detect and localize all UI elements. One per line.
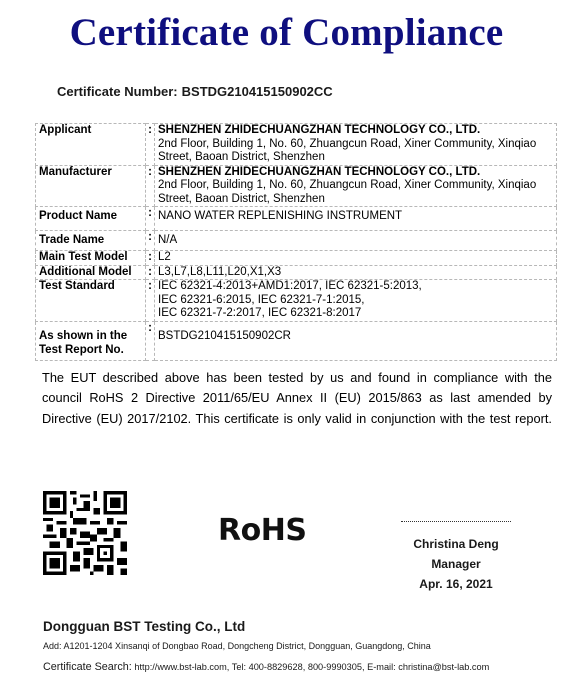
trade-name-value: N/A [155, 231, 557, 251]
test-report-value: BSTDG210415150902CR [155, 322, 557, 361]
table-row-test-report: As shown in the Test Report No. : BSTDG2… [36, 322, 557, 361]
signatory-name: Christina Deng [380, 534, 532, 554]
manufacturer-company: SHENZHEN ZHIDECHUANGZHAN TECHNOLOGY CO.,… [158, 166, 553, 180]
test-standard-line: IEC 62321-4:2013+AMD1:2017, IEC 62321-5:… [158, 280, 553, 294]
test-report-label-line1: As shown in the [39, 330, 142, 344]
applicant-company: SHENZHEN ZHIDECHUANGZHAN TECHNOLOGY CO.,… [158, 124, 553, 138]
issuer-contact: http://www.bst-lab.com, Tel: 400-8829628… [134, 662, 489, 672]
certificate-number-label: Certificate Number: [57, 84, 178, 99]
table-row-product-name: Product Name : NANO WATER REPLENISHING I… [36, 207, 557, 231]
table-row-applicant: Applicant : SHENZHEN ZHIDECHUANGZHAN TEC… [36, 124, 557, 166]
rohs-mark: RoHS [218, 513, 306, 548]
issuer-company: Dongguan BST Testing Co., Ltd [43, 619, 245, 634]
separator: : [146, 124, 155, 166]
test-report-label-line2: Test Report No. [39, 344, 142, 358]
compliance-statement: The EUT described above has been tested … [42, 368, 552, 429]
table-row-additional-model: Additional Model : L3,L7,L8,L11,L20,X1,X… [36, 265, 557, 280]
test-standard-line: IEC 62321-7-2:2017, IEC 62321-8:2017 [158, 307, 553, 321]
qr-code-icon [43, 491, 127, 575]
trade-name-label: Trade Name [36, 231, 146, 251]
separator: : [146, 231, 155, 251]
main-test-model-label: Main Test Model [36, 251, 146, 266]
additional-model-label: Additional Model [36, 265, 146, 280]
manufacturer-address-line1: 2nd Floor, Building 1, No. 60, Zhuangcun… [158, 179, 553, 193]
certificate-search-label: Certificate Search: [43, 661, 132, 673]
applicant-address-line1: 2nd Floor, Building 1, No. 60, Zhuangcun… [158, 138, 553, 152]
product-name-value: NANO WATER REPLENISHING INSTRUMENT [155, 207, 557, 231]
certificate-search: Certificate Search: http://www.bst-lab.c… [43, 661, 489, 673]
certificate-number: Certificate Number:BSTDG210415150902CC [57, 84, 333, 99]
table-row-trade-name: Trade Name : N/A [36, 231, 557, 251]
certificate-title: Certificate of Compliance [0, 10, 573, 55]
separator: : [146, 207, 155, 231]
issuer-address: Add: A1201-1204 Xinsanqi of Dongbao Road… [43, 641, 431, 651]
main-test-model-value: L2 [155, 251, 557, 266]
separator: : [146, 322, 155, 361]
certificate-number-value: BSTDG210415150902CC [182, 84, 333, 99]
manufacturer-label: Manufacturer [36, 165, 146, 207]
test-standard-line: IEC 62321-6:2015, IEC 62321-7-1:2015, [158, 294, 553, 308]
separator: : [146, 265, 155, 280]
test-standard-label: Test Standard [36, 280, 146, 322]
table-row-main-test-model: Main Test Model : L2 [36, 251, 557, 266]
applicant-address-line2: Street, Baoan District, Shenzhen [158, 151, 553, 165]
test-standard-value: IEC 62321-4:2013+AMD1:2017, IEC 62321-5:… [155, 280, 557, 322]
applicant-value: SHENZHEN ZHIDECHUANGZHAN TECHNOLOGY CO.,… [155, 124, 557, 166]
signatory-position: Manager [380, 554, 532, 574]
additional-model-value: L3,L7,L8,L11,L20,X1,X3 [155, 265, 557, 280]
manufacturer-value: SHENZHEN ZHIDECHUANGZHAN TECHNOLOGY CO.,… [155, 165, 557, 207]
applicant-label: Applicant [36, 124, 146, 166]
product-name-label: Product Name [36, 207, 146, 231]
certificate-info-table: Applicant : SHENZHEN ZHIDECHUANGZHAN TEC… [35, 123, 557, 361]
separator: : [146, 251, 155, 266]
signature-block: Christina Deng Manager Apr. 16, 2021 [380, 534, 532, 594]
separator: : [146, 280, 155, 322]
signature-date: Apr. 16, 2021 [380, 574, 532, 594]
manufacturer-address-line2: Street, Baoan District, Shenzhen [158, 193, 553, 207]
table-row-manufacturer: Manufacturer : SHENZHEN ZHIDECHUANGZHAN … [36, 165, 557, 207]
separator: : [146, 165, 155, 207]
test-report-label: As shown in the Test Report No. [36, 322, 146, 361]
table-row-test-standard: Test Standard : IEC 62321-4:2013+AMD1:20… [36, 280, 557, 322]
signature-line [401, 521, 511, 522]
